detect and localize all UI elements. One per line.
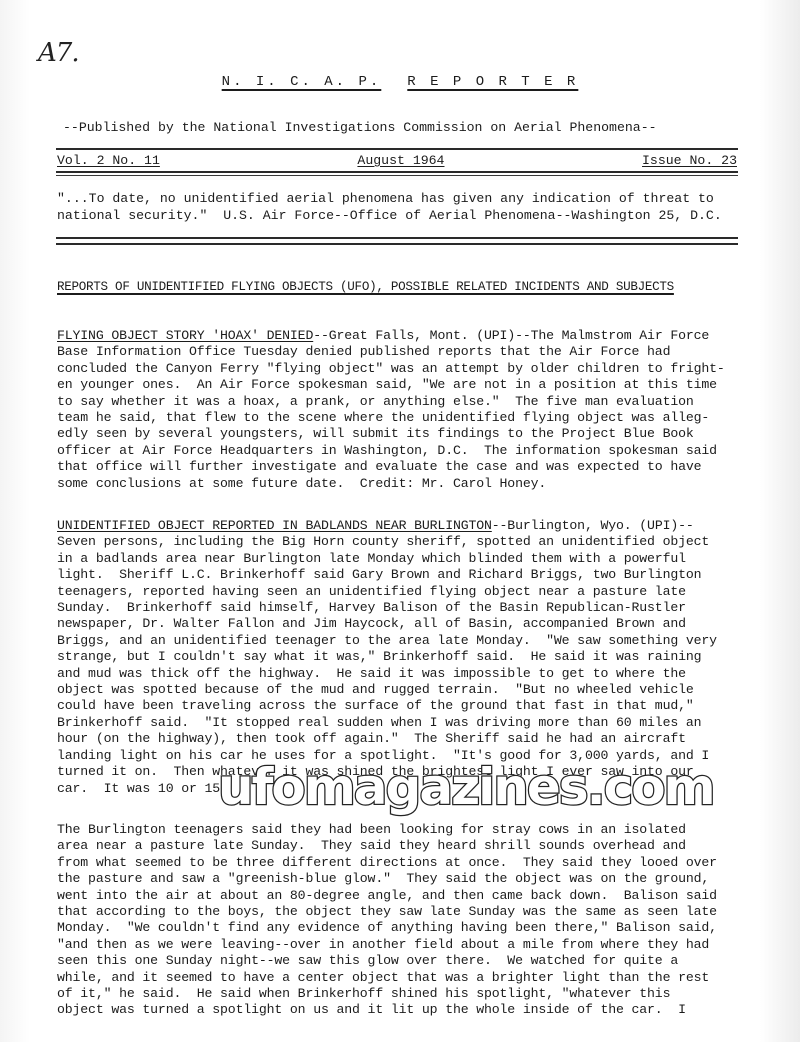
article-line: Sunday. Brinkerhoff said himself, Harvey… xyxy=(57,600,757,616)
article-burlington-badlands: UNIDENTIFIED OBJECT REPORTED IN BADLANDS… xyxy=(57,518,757,797)
section-heading: REPORTS OF UNIDENTIFIED FLYING OBJECTS (… xyxy=(57,280,747,294)
divider-rule xyxy=(56,175,738,176)
article-line: to say whether it was a hoax, a prank, o… xyxy=(57,394,757,410)
quote-line: national security." U.S. Air Force--Offi… xyxy=(57,207,747,224)
article-line: light. Sheriff L.C. Brinkerhoff said Gar… xyxy=(57,567,757,583)
article-line: could have been traveling across the sur… xyxy=(57,698,757,714)
article-line: Briggs, and an unidentified teenager to … xyxy=(57,633,757,649)
article-line: that office will further investigate and… xyxy=(57,459,757,475)
handwritten-page-note: A7. xyxy=(38,38,79,68)
issue-date: August 1964 xyxy=(357,153,444,168)
article-line: edly seen by several youngsters, will su… xyxy=(57,426,757,442)
divider-rule xyxy=(56,171,738,173)
article-line: UNIDENTIFIED OBJECT REPORTED IN BADLANDS… xyxy=(57,518,757,534)
article-headline: UNIDENTIFIED OBJECT REPORTED IN BADLANDS… xyxy=(57,518,492,533)
article-line: seen this one Sunday night--we saw this … xyxy=(57,953,757,969)
masthead-reporter: R E P O R T E R xyxy=(407,74,578,90)
issue-info: Vol. 2 No. 11 August 1964 Issue No. 23 xyxy=(57,153,737,168)
masthead: N. I. C. A. P.R E P O R T E R xyxy=(0,74,800,90)
article-line: strange, but I couldn't say what it was,… xyxy=(57,649,757,665)
article-line: in a badlands area near Burlington late … xyxy=(57,551,757,567)
divider-rule xyxy=(56,243,738,245)
document-page: A7. N. I. C. A. P.R E P O R T E R --Publ… xyxy=(0,0,800,1042)
article-line: of it," he said. He said when Brinkerhof… xyxy=(57,986,757,1002)
article-line: Monday. "We couldn't find any evidence o… xyxy=(57,920,757,936)
issue-number: Issue No. 23 xyxy=(642,153,737,168)
article-line: area near a pasture late Sunday. They sa… xyxy=(57,838,757,854)
article-line: officer at Air Force Headquarters in Was… xyxy=(57,443,757,459)
divider-rule xyxy=(56,237,738,239)
epigraph-quote: "...To date, no unidentified aerial phen… xyxy=(57,190,747,224)
article-line: and mud was thick off the highway. He sa… xyxy=(57,666,757,682)
article-line: newspaper, Dr. Walter Fallon and Jim Hay… xyxy=(57,616,757,632)
watermark: ufomagazines.com xyxy=(218,758,714,816)
article-line: teenagers, reported having seen an unide… xyxy=(57,584,757,600)
article-line: Seven persons, including the Big Horn co… xyxy=(57,534,757,550)
article-line: Base Information Office Tuesday denied p… xyxy=(57,344,757,360)
article-hoax-denied: FLYING OBJECT STORY 'HOAX' DENIED--Great… xyxy=(57,328,757,492)
article-line: the pasture and saw a "greenish-blue glo… xyxy=(57,871,757,887)
article-line: Brinkerhoff said. "It stopped real sudde… xyxy=(57,715,757,731)
article-line: while, and it seemed to have a center ob… xyxy=(57,970,757,986)
article-line: concluded the Canyon Ferry "flying objec… xyxy=(57,361,757,377)
article-line: from what seemed to be three different d… xyxy=(57,855,757,871)
publisher-line: --Published by the National Investigatio… xyxy=(63,120,743,135)
volume-number: Vol. 2 No. 11 xyxy=(57,153,160,168)
article-line: object was turned a spotlight on us and … xyxy=(57,1002,757,1018)
article-line: some conclusions at some future date. Cr… xyxy=(57,476,757,492)
divider-rule xyxy=(56,148,738,150)
article-line: team he said, that flew to the scene whe… xyxy=(57,410,757,426)
article-line: en younger ones. An Air Force spokesman … xyxy=(57,377,757,393)
article-line: went into the air at about an 80-degree … xyxy=(57,888,757,904)
article-line: "and then as we were leaving--over in an… xyxy=(57,937,757,953)
article-line: The Burlington teenagers said they had b… xyxy=(57,822,757,838)
article-burlington-teenagers: The Burlington teenagers said they had b… xyxy=(57,822,757,1019)
article-line: FLYING OBJECT STORY 'HOAX' DENIED--Great… xyxy=(57,328,757,344)
quote-line: "...To date, no unidentified aerial phen… xyxy=(57,190,747,207)
article-headline: FLYING OBJECT STORY 'HOAX' DENIED xyxy=(57,328,313,343)
article-line: that according to the boys, the object t… xyxy=(57,904,757,920)
masthead-nicap: N. I. C. A. P. xyxy=(222,74,382,90)
article-line: object was spotted because of the mud an… xyxy=(57,682,757,698)
article-line: hour (on the highway), then took off aga… xyxy=(57,731,757,747)
